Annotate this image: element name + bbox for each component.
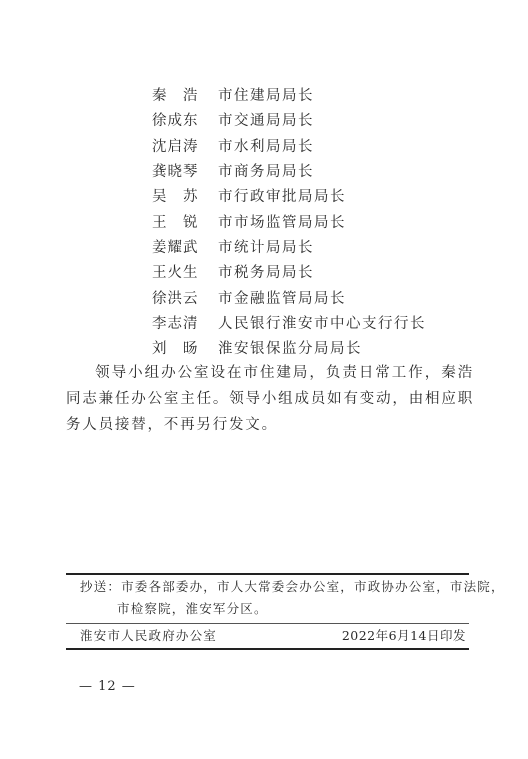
member-name: 沈启涛 [152,135,218,156]
member-name: 王火生 [152,261,218,282]
member-title: 市市场监管局局长 [218,211,346,232]
member-list: 秦 浩市住建局局长 徐成东市交通局局长 沈启涛市水利局局长 龚晓琴市商务局局长 … [152,82,426,360]
member-row: 王火生市税务局局长 [152,259,426,284]
member-title: 市商务局局长 [218,160,314,181]
member-row: 姜耀武市统计局局长 [152,234,426,259]
member-title: 市住建局局长 [218,84,314,105]
member-row: 吴 苏市行政审批局局长 [152,183,426,208]
member-title: 市水利局局长 [218,135,314,156]
member-row: 徐成东市交通局局长 [152,107,426,132]
middle-rule [66,623,469,624]
member-name: 李志清 [152,312,218,333]
member-row: 王 锐市市场监管局局长 [152,208,426,233]
issue-date: 2022年6月14日印发 [342,626,466,646]
member-name: 王 锐 [152,211,218,232]
member-name: 秦 浩 [152,84,218,105]
member-name: 姜耀武 [152,236,218,257]
member-row: 沈启涛市水利局局长 [152,133,426,158]
member-name: 徐洪云 [152,287,218,308]
cc-block: 抄送：市委各部委办，市人大常委会办公室，市政协办公室，市法院， 市检察院，淮安军… [80,576,505,620]
member-name: 徐成东 [152,109,218,130]
member-name: 龚晓琴 [152,160,218,181]
member-name: 吴 苏 [152,185,218,206]
member-name: 刘 旸 [152,337,218,358]
member-title: 人民银行淮安市中心支行行长 [218,312,426,333]
member-row: 秦 浩市住建局局长 [152,82,426,107]
bottom-rule [66,648,469,650]
office-paragraph: 领导小组办公室设在市住建局，负责日常工作，秦浩同志兼任办公室主任。领导小组成员如… [66,360,474,438]
page-number: — 12 — [79,679,136,694]
member-title: 市统计局局长 [218,236,314,257]
cc-line-1: 抄送：市委各部委办，市人大常委会办公室，市政协办公室，市法院， [80,576,505,598]
member-title: 淮安银保监分局局长 [218,337,362,358]
member-title: 市金融监管局局长 [218,287,346,308]
member-title: 市交通局局长 [218,109,314,130]
member-row: 龚晓琴市商务局局长 [152,158,426,183]
issuer: 淮安市人民政府办公室 [80,626,217,646]
paragraph-text: 领导小组办公室设在市住建局，负责日常工作，秦浩同志兼任办公室主任。领导小组成员如… [66,365,474,433]
cc-line-2: 市检察院，淮安军分区。 [80,598,505,620]
member-title: 市税务局局长 [218,261,314,282]
top-rule [66,573,469,575]
member-row: 徐洪云市金融监管局局长 [152,284,426,309]
member-row: 李志清人民银行淮安市中心支行行长 [152,310,426,335]
member-title: 市行政审批局局长 [218,185,346,206]
member-row: 刘 旸淮安银保监分局局长 [152,335,426,360]
